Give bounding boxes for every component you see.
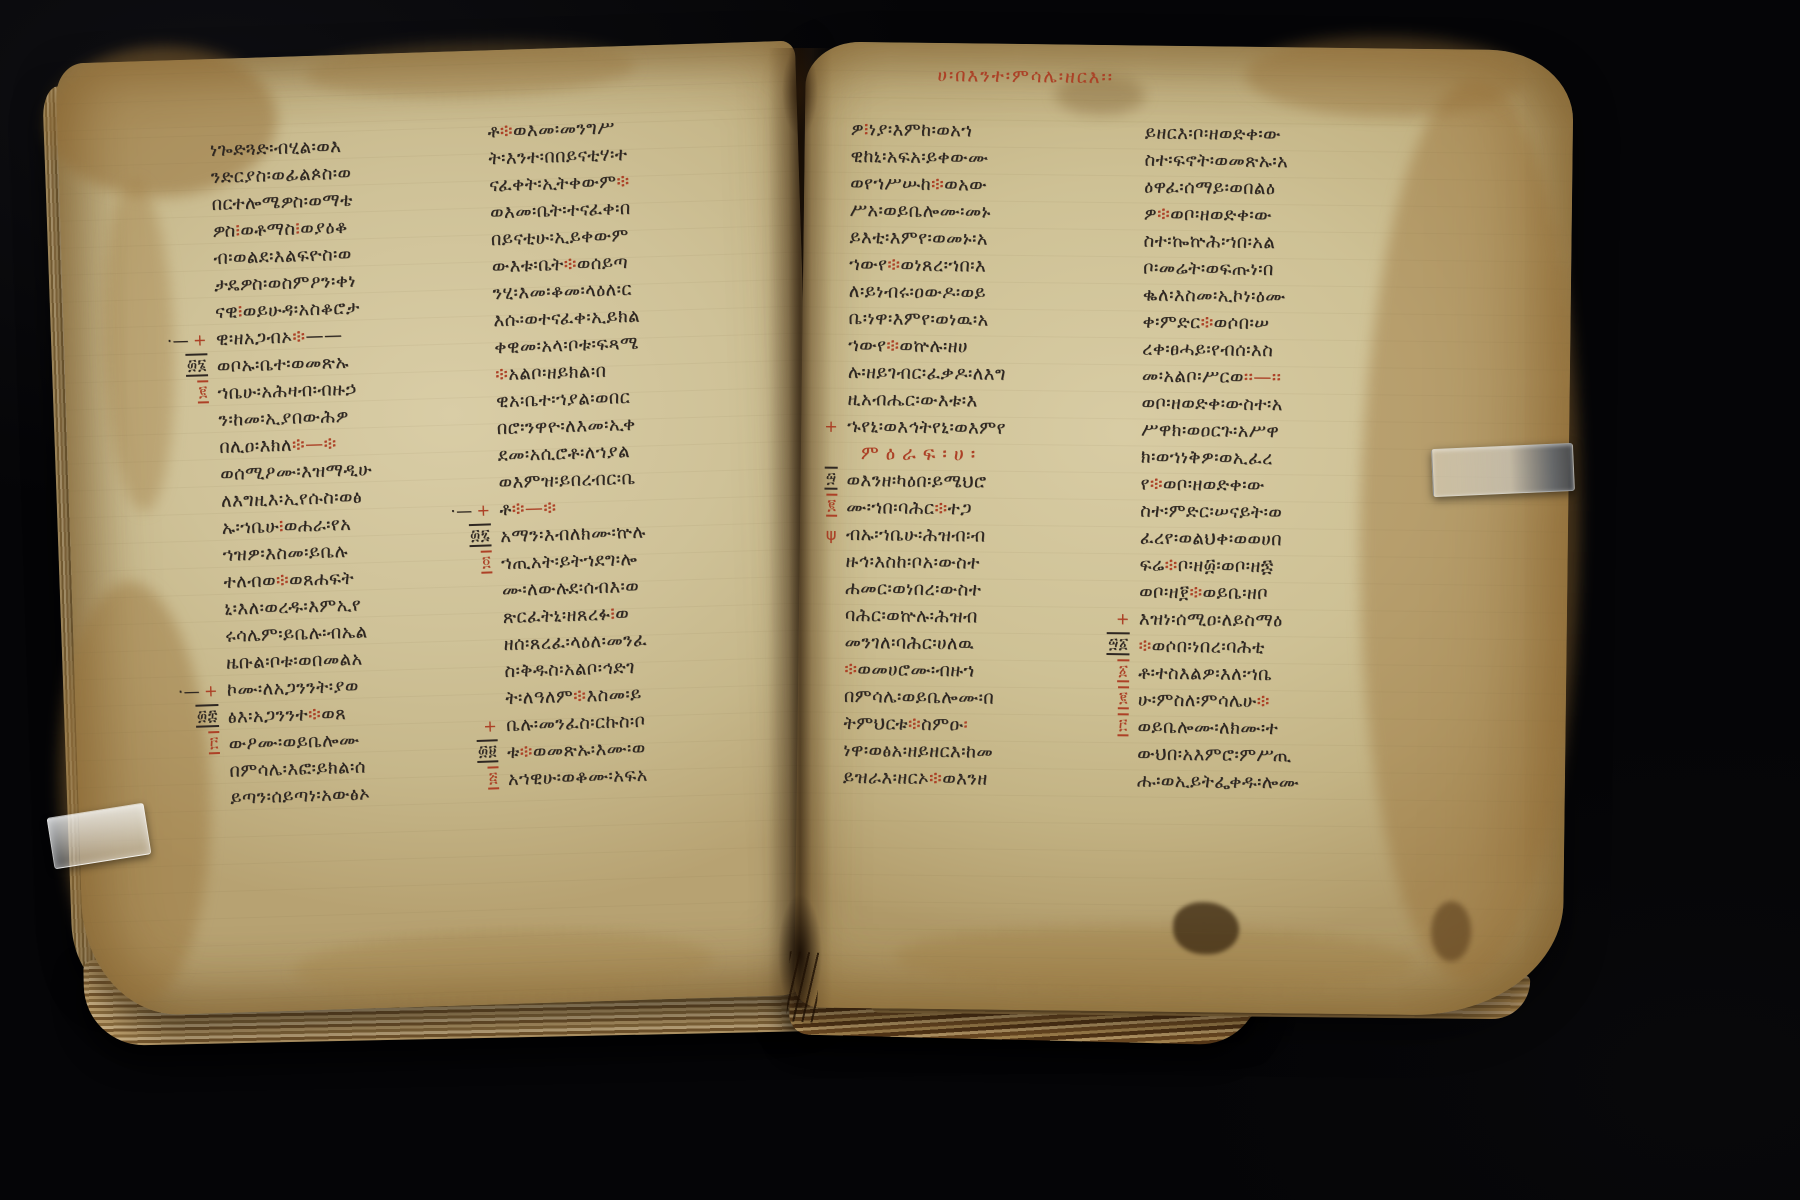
body-text: ወእምዝ፡ይበረብር፡ቤ <box>498 468 636 493</box>
text-line: ቈለ፡እስመ፡ኢኮነ፡ዕሙ <box>1143 281 1435 312</box>
margin-cross-mark: + <box>483 712 498 739</box>
body-text: ወመሀሮሙ፡ብዙኀ <box>857 659 974 681</box>
text-line: ነዋ፡ወፅአ፡ዘይዘርእ፡ከመ <box>843 737 1133 768</box>
text-line: ባሕር፡ወኵሉ፡ሕዝብ <box>845 602 1135 633</box>
body-text: ወሶበ፡ነበረ፡ባሕቲ <box>1152 636 1265 658</box>
binding-stitching <box>786 951 820 1022</box>
body-text: ዕዋፈ፡ሰማይ፡ወበልዕ <box>1144 176 1275 199</box>
text-line: ሥዋክ፡ወዐርጉ፡አሥዋ <box>1141 416 1433 447</box>
text-line: ኀውየ፨ወነጸረ፡ኀበ፡እ <box>849 251 1139 282</box>
text-line: ሑ፡ወኢይትፌቀዱ፡ሎሙ <box>1137 767 1429 798</box>
text-line: ወየኀሥሡከ፨ወአው <box>850 170 1140 201</box>
text-line: +እዝነ፡ሰሚዐ፡ለይስማዕ <box>1139 605 1431 636</box>
body-text: ቤሉ፡መንፈስ፡ርኩስ፡ቦ <box>506 711 646 736</box>
margin-cross-mark: + <box>193 326 208 353</box>
text-line: ክ፡ወኀነቅዎ፡ወኢፈረ <box>1141 443 1433 474</box>
body-text: ደመ፡አሲሮቶ፡ለኀያል <box>497 441 630 466</box>
margin-cross-mark: ·— <box>167 327 190 355</box>
rubricated-text: ፨ <box>934 498 947 519</box>
body-text: ን፡ከመ፡ኢያበውሕዎ <box>218 406 349 431</box>
body-text: ይእቲ፡እምየ፡ወመኑ፡አ <box>849 227 988 250</box>
body-text: ት፡ለዓለም <box>505 686 574 709</box>
body-text: ስ፡ቅዱስ፡አልቦ፡ኅድገ <box>504 657 635 682</box>
text-line: ፪ሁ፡ምስለ፡ምሳሌሁ፨ <box>1138 686 1430 717</box>
text-column-left-2: ቶ፨ወእመ፡መንግሥት፡እንተ፡በበይናቲሃ፡ተናፈቀት፡ኢትቀውም፨ወእመ፡ቤ… <box>487 109 790 793</box>
rubricated-text: ፨ <box>929 768 942 789</box>
rubricated-text: — <box>525 498 544 520</box>
body-text: ተለብወ <box>223 570 276 593</box>
rubricated-text: ፨ <box>563 254 577 275</box>
body-text: ሥዋክ፡ወዐርጉ፡አሥዋ <box>1141 419 1279 442</box>
body-text: ዚአብሔር፡ውእቱ፡እ <box>847 389 977 412</box>
rubricated-text: ፨ <box>887 254 900 275</box>
body-text: ሉ፡ዘይገብር፡ፈቃዶ፡ለእግ <box>848 362 1006 385</box>
section-numeral: ፪ <box>1118 686 1129 709</box>
body-text: ወመጽኡ፡እሙ፡ወ <box>533 738 646 763</box>
rubricated-text: ፨ <box>308 704 322 725</box>
body-text: ፈረየ፡ወልህቀ፡ወወሀበ <box>1140 527 1282 550</box>
body-text: ወይቤሎሙ፡ለክሙ፡ተ <box>1137 716 1278 739</box>
body-text: ባሕር፡ወኵሉ፡ሕዝብ <box>845 605 978 628</box>
section-numeral: ፴፱ <box>477 739 499 763</box>
body-text: ክ፡ወኀነቅዎ፡ወኢፈረ <box>1141 446 1273 469</box>
body-text: ዎስ <box>212 220 236 242</box>
text-line: ፈረየ፡ወልህቀ፡ወወሀበ <box>1140 524 1432 555</box>
text-line: ዎ፧ነያ፡እምከ፡ወአኀ <box>851 116 1141 147</box>
body-text: ቈለ፡እስመ፡ኢኮነ፡ዕሙ <box>1143 284 1286 307</box>
binding-gutter <box>768 48 832 1008</box>
margin-cross-mark: + <box>476 496 491 523</box>
body-text: ውዖሙ፡ወይቤሎሙ <box>228 730 359 755</box>
body-text: ዘሰ፡ጸረፈ፡ላዕለ፡መንፈ <box>503 630 647 655</box>
rubricated-text: ፨ <box>495 364 509 385</box>
text-line: ሐመር፡ወነበረ፡ውስተ <box>845 575 1135 606</box>
body-text: ወቦ፡ዘወድቀ፡ው <box>1170 204 1272 226</box>
margin-section-marks: ፴፱ <box>477 739 499 763</box>
body-text: ስተ፡ምድር፡ሠናይት፡ወ <box>1140 500 1282 523</box>
margin-section-marks: ፪ <box>1118 686 1129 709</box>
body-text: ወቦ፡ዘወድቀ፡ውስተ፡አ <box>1141 392 1282 415</box>
body-text: ወሐራ፡የአ <box>283 514 351 537</box>
body-text: ወቦ፡ዘ፻ <box>1139 581 1190 603</box>
body-text: ሙ፡ኀበ፡ባሕር <box>846 497 934 519</box>
body-text: ኀውየ <box>848 335 886 356</box>
body-text: ወእንዘ <box>942 768 988 790</box>
body-text: ውህበ፡አእምሮ፡ምሥጢ <box>1137 743 1292 766</box>
text-column-right-1: ዎ፧ነያ፡እምከ፡ወአኀዊከኒ፡አፍአ፡ይቀውሙወየኀሥሡከ፨ወአውሥአ፡ወይቤ… <box>843 116 1141 794</box>
rubricated-text: ፨ <box>616 171 630 192</box>
body-text: በሊዐ፡እክለ <box>219 435 292 458</box>
body-text: ናዊ <box>215 301 239 323</box>
text-line: ይዝራእ፡ዘርኦ፨ወእንዘ <box>843 764 1133 795</box>
margin-cross-mark: ·— <box>178 678 201 706</box>
body-text: ኮሙ፡ለአጋንንት፡ያወ <box>227 676 359 701</box>
page-holder-strip-right <box>1431 443 1575 497</box>
body-text: ንሂ፡እመ፡ቆመ፡ላዕለ፡ር <box>492 279 632 304</box>
text-line: ስተ፡ፍኖት፡ወመጽኡ፡አ <box>1144 146 1436 177</box>
rubricated-text: ፨ <box>573 685 587 706</box>
body-text: በምሳሌ፡ወይቤሎሙ፡በ <box>844 686 994 709</box>
body-text: ዊአ፡ቤተ፡ኀያል፡ወበር <box>496 387 631 412</box>
body-text: ወጸ <box>321 703 347 725</box>
manuscript-book: ነጐድጓድ፡ብሂል፡ወእንድርያስ፡ወፊልጶስ፡ወበርተሎሜዎስ፡ወማቴዎስ፧ወ… <box>0 0 1800 1200</box>
text-line: ψብኡ፡ኀቤሁ፡ሕዝብ፡ብ <box>846 521 1136 552</box>
rubricated-text: ፨ <box>908 714 921 735</box>
rubricated-text: ፨ <box>1189 582 1202 603</box>
body-text: በይናቲሁ፡ኢይቀውም <box>491 225 629 250</box>
rubricated-text: — <box>305 434 324 456</box>
margin-section-marks: ፴፮ <box>185 353 208 377</box>
text-line: ለ፡ይነብሩ፡ዐውዶ፡ወይ <box>849 278 1139 309</box>
rubricated-text: ፨ <box>543 497 557 518</box>
rubricated-text: ፨ <box>886 335 899 356</box>
body-text: ቦ፡ዘ፴፡ወቦ፡ዘ፷ <box>1178 555 1274 577</box>
margin-section-marks: ፴፯ <box>469 523 492 547</box>
body-text: ፍሬ <box>1139 554 1164 575</box>
body-text: ወነጸረ፡ኀበ፡እ <box>900 255 986 277</box>
body-text: ታዴዎስ፡ወስምዖን፡ቀነ <box>214 271 356 296</box>
text-line: ውህበ፡አእምሮ፡ምሥጢ <box>1137 740 1429 771</box>
body-text: ወሰሚዖሙ፡እዝማዲሁ <box>220 459 372 485</box>
body-text: ተጋ <box>947 498 972 519</box>
body-text: ቀዊመ፡አላ፡ቦቱ፡ፍጻሜ <box>494 333 639 359</box>
section-numeral: ፬ <box>481 550 493 573</box>
body-text: ቦ፡መሬት፡ወፍጡነ፡በ <box>1143 257 1274 280</box>
text-line: ረቀ፡ፀሓይ፡የብሰ፡እስ <box>1142 335 1434 366</box>
body-text: ፅእ፡አጋንንተ <box>227 704 308 728</box>
body-text: ጽርፈትኒ፡ዘጸረፉ <box>502 604 610 628</box>
text-line: በምሳሌ፡ወይቤሎሙ፡በ <box>844 683 1134 714</box>
body-text: ሐመር፡ወነበረ፡ውስተ <box>845 578 981 601</box>
margin-section-marks: ፪ <box>197 380 208 403</box>
body-text: ወያዕቆ <box>300 217 348 239</box>
body-text: ኀውየ <box>849 254 887 275</box>
text-column-right-2: ይዘርእ፡ቦ፡ዘወድቀ፡ውስተ፡ፍኖት፡ወመጽኡ፡አዕዋፈ፡ሰማይ፡ወበልዕዎ፨… <box>1137 119 1437 798</box>
body-text: ኁየኒ፡ወእኅትየኒ፡ወእምየ <box>847 416 1006 439</box>
text-line: ዙኅ፡እስከ፡ቦአ፡ውስተ <box>845 548 1135 579</box>
margin-cross-mark: ·— <box>450 497 473 525</box>
rubricated-text: ፨ <box>1164 555 1177 576</box>
body-text: ቶ <box>499 499 512 520</box>
body-text: ወቦ፡ዘወድቀ፡ው <box>1163 474 1265 496</box>
body-text: ለ፡ይነብሩ፡ዐውዶ፡ወይ <box>849 281 986 304</box>
margin-section-marks: ·—+ <box>167 326 208 354</box>
body-text: ኀዝዎ፡እስመ፡ይቤሉ <box>222 541 348 566</box>
text-line: ስተ፡ኰኵሕ፡ኀበ፡አል <box>1143 227 1435 258</box>
margin-cross-mark: + <box>1116 605 1130 632</box>
body-text: ወቶማስ <box>240 218 296 241</box>
body-text: ለእግዚእ፡ኢየሱስ፡ወፅ <box>221 486 363 511</box>
text-line: ፵፩፨ወሶበ፡ነበረ፡ባሕቲ <box>1138 632 1430 663</box>
body-text: ብ፡ወልደ፡እልፍዮስ፡ወ <box>213 244 352 269</box>
body-text: ይዘርእ፡ቦ፡ዘወድቀ፡ው <box>1145 122 1281 145</box>
body-text: ትምህርቱ <box>843 713 908 735</box>
text-line: ዕዋፈ፡ሰማይ፡ወበልዕ <box>1144 173 1436 204</box>
body-text: በርተሎሜዎስ፡ወማቴ <box>211 190 353 215</box>
text-line: ፩ቶ፡ተስእልዎ፡እለ፡ኀቤ <box>1138 659 1430 690</box>
body-text: አኀዊሁ፡ወቆሙ፡አፍአ <box>508 765 648 790</box>
text-line: ኀውየ፨ወኵሉ፡ዘሀ <box>848 332 1138 363</box>
body-text: ሩሳሌም፡ይቤሉ፡ብኤል <box>225 621 368 646</box>
text-line: ፨ወመሀሮሙ፡ብዙኀ <box>844 656 1134 687</box>
body-text: ውእቱ፡ቤት <box>491 254 564 277</box>
margin-cross-mark: + <box>204 677 219 704</box>
rubricated-text: ፨ <box>844 659 857 680</box>
text-line: ቀ፡ምድር፨ወሶበ፡ሠ <box>1142 308 1434 339</box>
rubricated-text: ፨ <box>1138 635 1151 656</box>
rubricated-text: ፨ <box>292 434 306 455</box>
body-text: አልቦ፡ዘይክል፡በ <box>508 361 607 385</box>
text-line: ትምህርቱ፨ስምዑ፡ <box>843 710 1133 741</box>
text-line: ይዘርእ፡ቦ፡ዘወድቀ፡ው <box>1145 119 1437 150</box>
body-text: እሱ፡ወተናፈቀ፡ኢይክል <box>493 306 640 332</box>
right-page: ሀ፡በእንተ፡ምሳሌ፡ዘርእ፡፡ ዎ፧ነያ፡እምከ፡ወአኀዊከኒ፡አፍአ፡ይቀው… <box>794 41 1574 1016</box>
body-text: ኡ፡ኀቤሁ <box>222 516 280 539</box>
text-line: ቤ፡ነዋ፡እምየ፡ወነዉ፡አ <box>848 305 1138 336</box>
margin-section-marks: + <box>483 712 498 739</box>
body-text: መንገለ፡ባሕር፡ሀለዉ <box>844 632 974 655</box>
body-text: ነዋ፡ወፅአ፡ዘይዘርእ፡ከመ <box>843 740 993 763</box>
body-text: ይጣን፡ሰይጣነ፡አውፅኦ <box>230 783 370 808</box>
text-line: ዚአብሔር፡ውእቱ፡እ <box>847 386 1137 417</box>
text-line: ፪ሙ፡ኀበ፡ባሕር፨ተጋ <box>846 494 1136 525</box>
rubricated-text: ፨ <box>1200 312 1213 333</box>
body-text: እስመ፡ይ <box>586 684 642 707</box>
body-text: ወአው <box>944 174 987 196</box>
body-text: ረቀ፡ፀሓይ፡የብሰ፡እስ <box>1142 338 1273 361</box>
left-page: ነጐድጓድ፡ብሂል፡ወእንድርያስ፡ወፊልጶስ፡ወበርተሎሜዎስ፡ወማቴዎስ፧ወ… <box>55 41 825 1018</box>
body-text: ዊ፡ዘአጋብኦ <box>216 327 293 350</box>
body-text: እዝነ፡ሰሚዐ፡ለይስማዕ <box>1139 608 1283 631</box>
body-text: ወኵሉ፡ዘሀ <box>899 336 968 358</box>
margin-section-marks: ፬ <box>481 550 493 573</box>
rubricated-text: ፨ <box>519 741 533 762</box>
body-text: ሁ፡ምስለ፡ምሳሌሁ <box>1138 689 1257 711</box>
rubricated-text: ፨ <box>931 174 944 195</box>
body-text: ወእመ፡ቤት፡ተናፈቀ፡በ <box>490 198 631 223</box>
text-line: ፍሬ፨ቦ፡ዘ፴፡ወቦ፡ዘ፷ <box>1139 551 1431 582</box>
section-numeral: ፴፰ <box>195 704 219 728</box>
body-text: ዊከኒ፡አፍአ፡ይቀውሙ <box>850 146 988 169</box>
rubricated-text: ፨ <box>511 498 525 519</box>
section-numeral: ፪ <box>197 380 208 403</box>
body-text: ወሶበ፡ሠ <box>1214 312 1270 334</box>
text-line: ፫ወይቤሎሙ፡ለክሙ፡ተ <box>1137 713 1429 744</box>
margin-section-marks: + <box>1116 605 1130 632</box>
margin-section-marks: ፴፰ <box>195 704 219 728</box>
body-text: መ፡አልቦ፡ሥርወ <box>1142 365 1244 387</box>
text-line: መ፡አልቦ፡ሥርወ፡፡—፡፡ <box>1142 362 1434 393</box>
body-text: ብኡ፡ኀቤሁ፡ሕዝብ፡ብ <box>846 524 986 547</box>
body-text: ት፡እንተ፡በበይናቲሃ፡ተ <box>488 144 628 169</box>
text-line: ወቦ፡ዘወድቀ፡ውስተ፡አ <box>1141 389 1433 420</box>
body-text: ስምዑ <box>921 714 964 736</box>
body-text: ዎ <box>1144 203 1157 224</box>
rubricated-text: — <box>1253 367 1272 388</box>
body-text: —— <box>305 325 343 347</box>
text-line: ቦ፡መሬት፡ወፍጡነ፡በ <box>1143 254 1435 285</box>
body-text: ሑ፡ወኢይትፌቀዱ፡ሎሙ <box>1137 770 1299 793</box>
section-numeral: ፴፮ <box>185 353 208 377</box>
margin-section-marks: ·—+ <box>178 677 219 705</box>
body-text: ስተ፡ኰኵሕ፡ኀበ፡አል <box>1143 230 1275 253</box>
section-title-rubric: ሀ፡በእንተ፡ምሳሌ፡ዘርእ፡፡ <box>937 65 1114 88</box>
section-numeral: ፴፯ <box>469 523 492 547</box>
margin-section-marks: ፩ <box>1117 659 1129 682</box>
margin-section-marks: ፫ <box>208 731 220 754</box>
body-text: ሥአ፡ወይቤሎሙ፡መኑ <box>850 200 991 223</box>
rubricated-text: ፨ <box>323 433 337 454</box>
body-text: ቤ፡ነዋ፡እምየ፡ወነዉ፡አ <box>848 308 988 331</box>
rubricated-text: ፨ <box>276 570 290 591</box>
margin-section-marks: ፫ <box>1118 713 1129 736</box>
body-text: ዎ <box>851 119 864 140</box>
text-line: ሥአ፡ወይቤሎሙ፡መኑ <box>850 197 1140 228</box>
section-numeral: ፵፩ <box>1107 632 1130 655</box>
body-text: ንድርያስ፡ወፊልጶስ፡ወ <box>211 163 352 188</box>
body-text: ቶ <box>487 121 500 142</box>
body-text: ወይሁዳ፡አስቆሮታ <box>242 297 360 322</box>
body-text: ነጐድጓድ፡ብሂል፡ወእ <box>210 136 342 161</box>
body-text: ሙ፡ለውሉደ፡ሰብእ፡ወ <box>502 576 640 601</box>
body-text: በምሳሌ፡እፎ፡ይክል፡ሰ <box>229 756 366 781</box>
body-text: አማን፡እብለክሙ፡ኵሉ <box>500 522 646 548</box>
text-column-left-1: ነጐድጓድ፡ብሂል፡ወእንድርያስ፡ወፊልጶስ፡ወበርተሎሜዎስ፡ወማቴዎስ፧ወ… <box>210 129 503 812</box>
body-text: ዙኅ፡እስከ፡ቦአ፡ውስተ <box>845 551 979 574</box>
text-line: መንገለ፡ባሕር፡ሀለዉ <box>844 629 1134 660</box>
text-line: +ኁየኒ፡ወእኅትየኒ፡ወእምየ <box>847 413 1137 444</box>
rubricated-text: ፡፡ <box>1272 367 1282 388</box>
body-text: ኀቤሁ፡አሕዛብ፡ብዙኃ <box>217 379 357 404</box>
body-text: ቱ <box>507 742 520 763</box>
body-text: ወጸሐፍት <box>289 568 355 591</box>
rubricated-text: ፨ <box>1157 204 1170 225</box>
text-line: ሉ፡ዘይገብር፡ፈቃዶ፡ለእግ <box>848 359 1138 390</box>
section-numeral: ፩ <box>1117 659 1129 682</box>
text-line: ፵ወእንዘ፡ካዕበ፡ይሜህሮ <box>846 467 1136 498</box>
text-line: ይእቲ፡እምየ፡ወመኑ፡አ <box>849 224 1139 255</box>
margin-section-marks: ·—+ <box>450 496 491 524</box>
body-text: ወየኀሥሡከ <box>850 173 931 195</box>
body-text: ዜቡል፡ቦቱ፡ወበመልአ <box>226 649 363 674</box>
text-line: ስተ፡ምድር፡ሠናይት፡ወ <box>1140 497 1432 528</box>
text-line: ዎ፨ወቦ፡ዘወድቀ፡ው <box>1144 200 1436 231</box>
body-text: ቶ፡ተስእልዎ፡እለ፡ኀቤ <box>1138 662 1272 685</box>
margin-section-marks: ፭ <box>487 766 499 789</box>
body-text: በሮ፡ንዋዮ፡ለእመ፡ኢቀ <box>497 414 636 439</box>
text-line: የ፨ወቦ፡ዘወድቀ፡ው <box>1140 470 1432 501</box>
rubricated-text: ምዕራፍ፡ሀ፡ <box>861 442 983 465</box>
margin-section-marks: ፵፩ <box>1107 632 1130 655</box>
rubricated-text: ፡ <box>963 714 968 735</box>
body-text: ወቦኡ፡ቤተ፡ወመጽኡ <box>216 352 349 377</box>
rubricated-text: ፨ <box>292 326 306 347</box>
chapter-heading-rubric: ምዕራፍ፡ሀ፡ <box>847 440 1137 471</box>
section-numeral: ፭ <box>487 766 499 789</box>
body-text: ኀጢአት፡ይትኀደግ፡ሎ <box>501 549 638 574</box>
body-text: ኒ፡እለ፡ወረዱ፡እምኢየ <box>224 595 361 620</box>
body-text: ይዝራእ፡ዘርኦ <box>843 767 929 789</box>
text-line: ዊከኒ፡አፍአ፡ይቀውሙ <box>850 143 1140 174</box>
rubricated-text: ፨ <box>500 121 514 142</box>
body-text: ወእንዘ፡ካዕበ፡ይሜህሮ <box>846 470 986 493</box>
rubricated-text: ፨ <box>1257 691 1270 712</box>
body-text: ስተ፡ፍኖት፡ወመጽኡ፡አ <box>1144 149 1288 172</box>
body-text: ነያ፡እምከ፡ወአኀ <box>869 119 973 141</box>
body-text: ቀ፡ምድር <box>1142 311 1200 333</box>
body-text: ወሰይጣ <box>577 252 629 275</box>
rubricated-text: ፨ <box>1150 474 1163 495</box>
body-text: ናፈቀት፡ኢትቀውም <box>489 171 617 196</box>
text-line: ወቦ፡ዘ፻፨ወይቤ፡ዘቦ <box>1139 578 1431 609</box>
section-numeral: ፫ <box>208 731 220 754</box>
section-numeral: ፫ <box>1118 713 1129 736</box>
body-text: ወእመ፡መንግሥ <box>513 117 615 141</box>
body-text: ወ <box>615 603 630 624</box>
body-text: ወይቤ፡ዘቦ <box>1203 582 1269 604</box>
